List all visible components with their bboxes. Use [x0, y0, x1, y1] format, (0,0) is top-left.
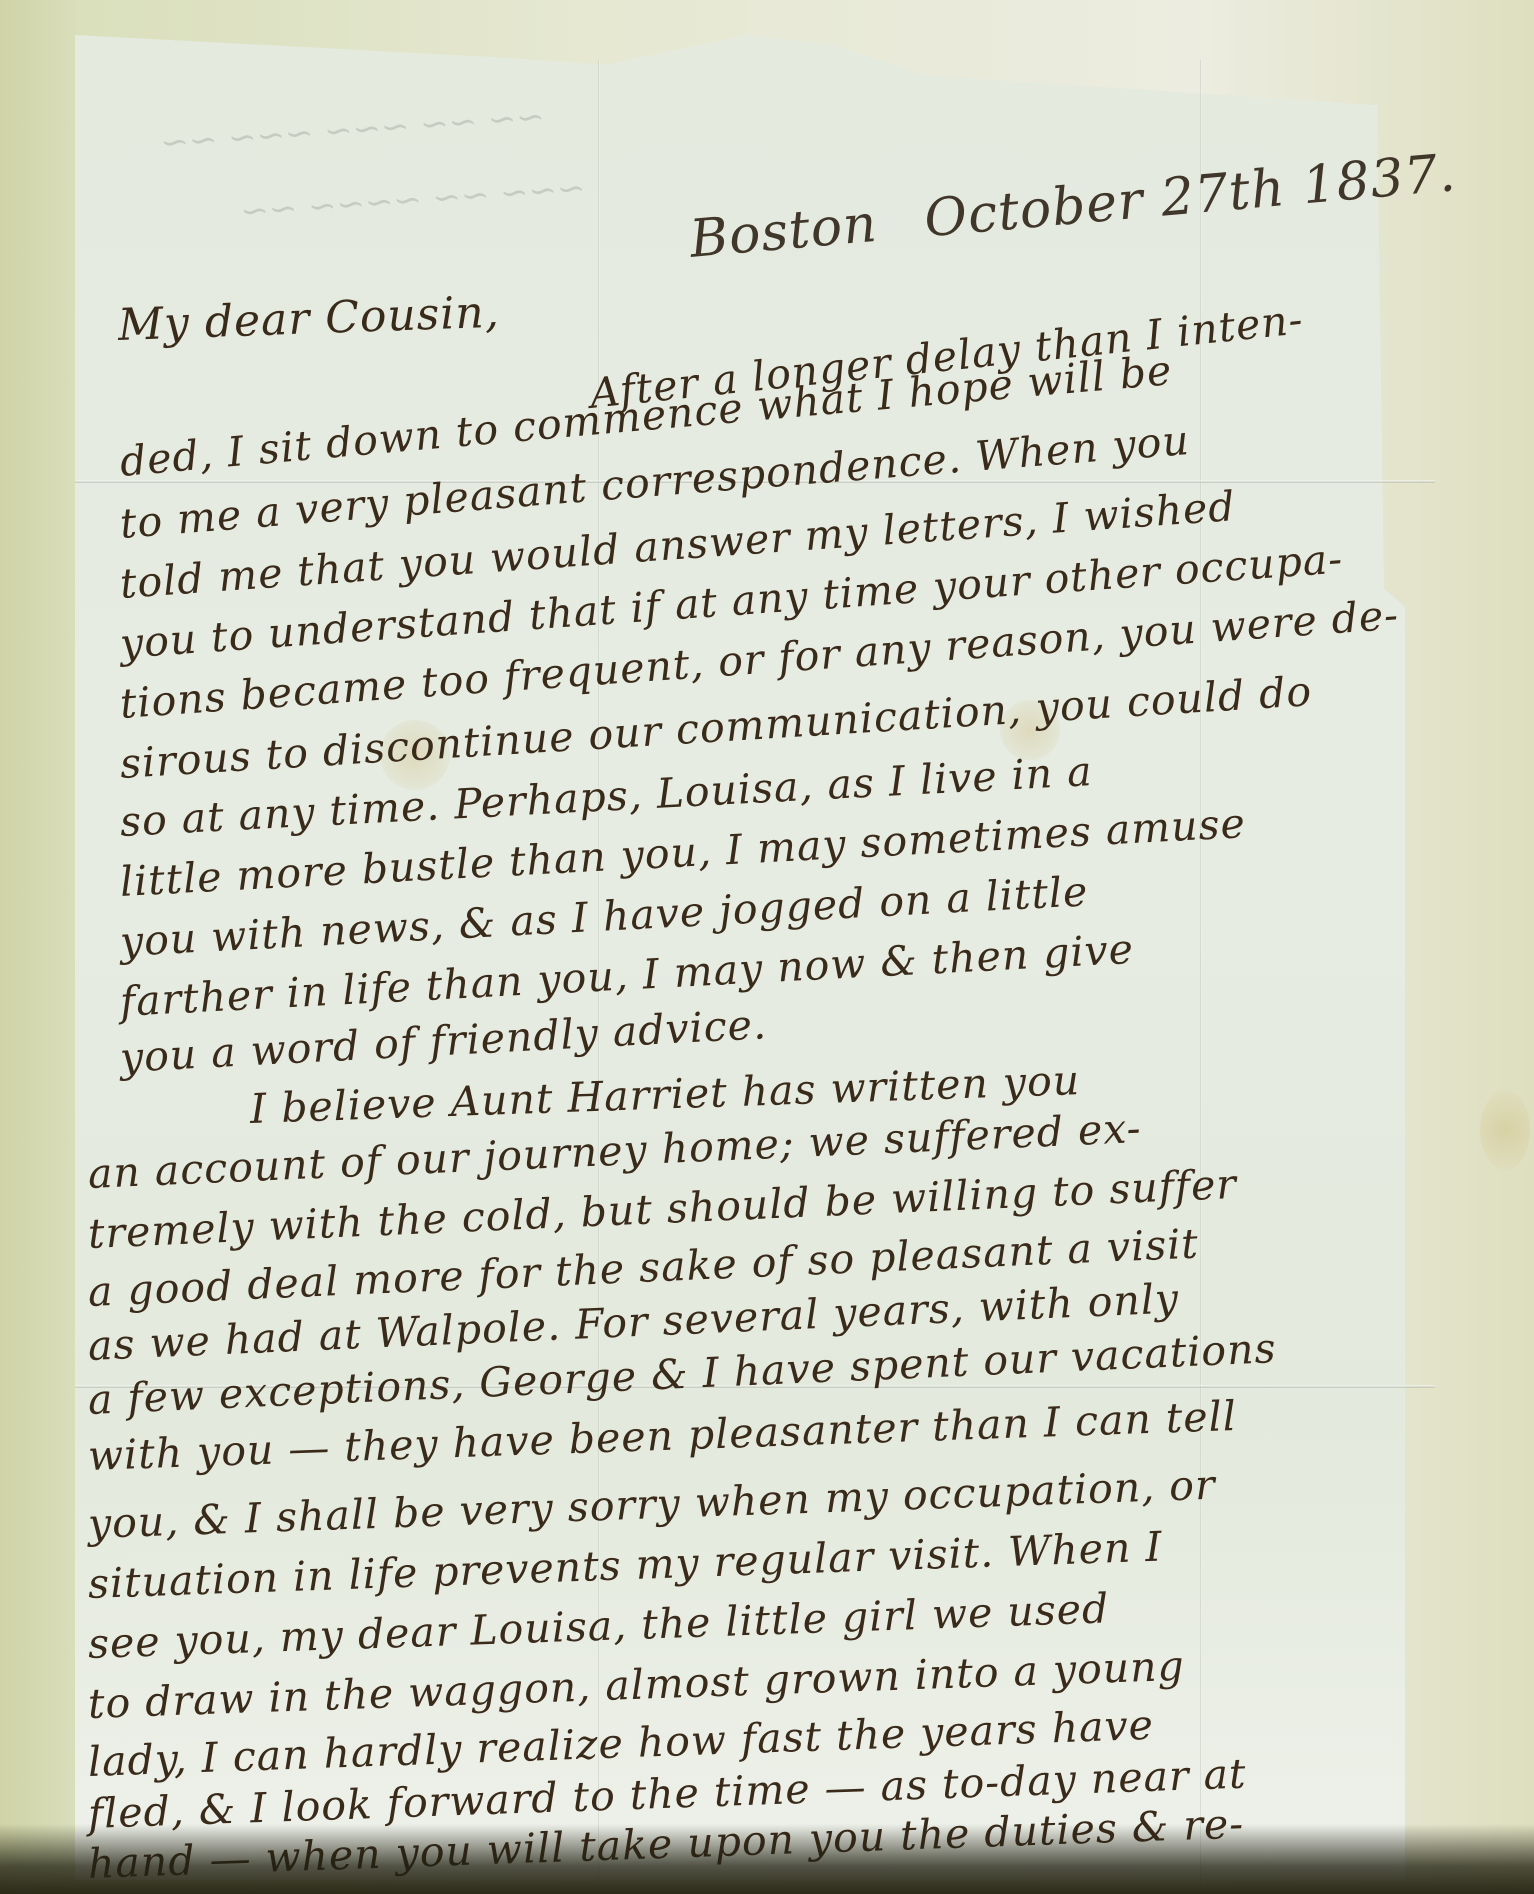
bottom-shadow	[0, 1824, 1534, 1894]
foxing-stain	[1480, 1090, 1530, 1170]
